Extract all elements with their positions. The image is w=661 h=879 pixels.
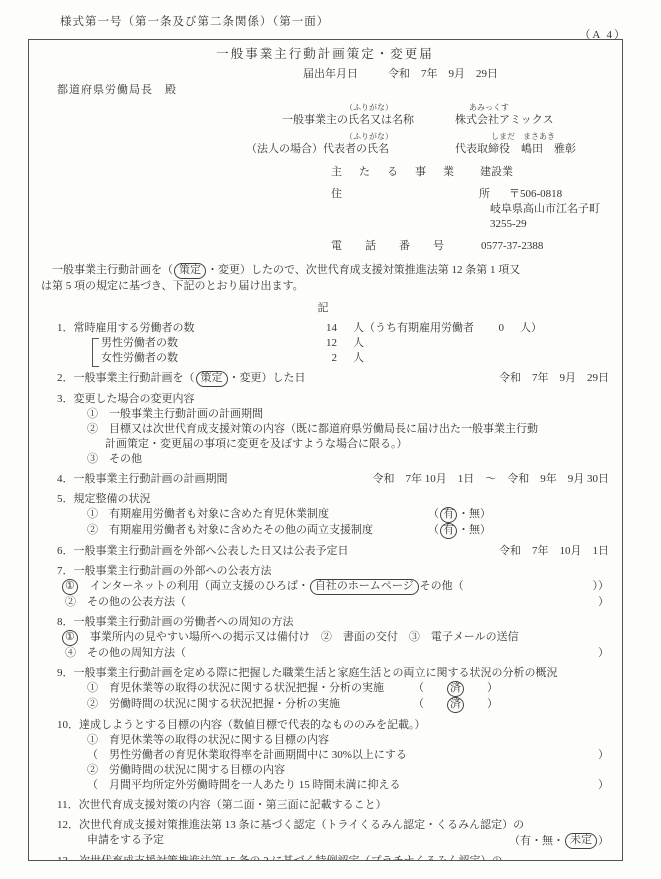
submission-date-row: 届出年月日 令和 7年 9月 29日 [41,65,609,81]
item-2-label-pre: 2．一般事業主行動計画を（ [57,371,195,387]
item-3-label: 3．変更した場合の変更内容 [41,392,609,407]
item-7-label: 7．一般事業主行動計画の外部への公表方法 [41,564,609,579]
representative-name-value: 代表取締役 嶋田 雅彰 [455,142,576,157]
phone-label: 電 話 番 号 [331,239,481,254]
item-6-publication-date: 6．一般事業主行動計画を外部へ公表した日又は公表予定日 令和 7年 10月 1日 [41,544,609,559]
circled-answer-ari: 有 [440,523,457,539]
representative-name-row: （法人の場合）代表者の氏名 代表取締役 嶋田 雅彰 [41,142,609,157]
item-8-sub4: ④ その他の周知方法（ ） [41,646,609,661]
circled-choice-sakutei: 策定 [196,371,228,387]
item-7-sub1: ① インターネットの利用（両立支援のひろば・自社のホームページその他（ ）） [41,579,609,595]
item-8-sub4-close-paren: ） [598,646,609,661]
item-11-measures: 11．次世代育成支援対策の内容（第二面・第三面に記載すること） [41,798,609,813]
goal-2-text: （ 月間平均所定外労働時間を一人あたり 15 時間未満に抑える [87,778,401,793]
answer-open: （ [413,681,446,697]
circled-answer-company-homepage: 自社のホームページ [310,579,419,595]
employer-name-label: 一般事業主の氏名又は名称 [282,113,455,128]
item-3-sub2-line1: ② 目標又は次世代育成支援対策の内容（既に都道府県労働局長に届け出た一般事業主行… [41,422,609,437]
circled-answer-mitei: 未定 [565,833,597,849]
item-12-line1: 12．次世代育成支援対策推進法第 13 条に基づく認定（トライくるみん認定・くる… [41,818,609,833]
item-9-sub2: ② 労働時間の状況に関する状況把握・分析の実施 （ 済 ） [41,697,609,713]
item-8-sub4-text: ④ その他の周知方法（ [65,646,186,661]
item-12-kurumin-certification: 12．次世代育成支援対策推進法第 13 条に基づく認定（トライくるみん認定・くる… [41,818,609,849]
item-2-date-value: 令和 7年 9月 29日 [499,371,609,387]
item-1-male-row: 男性労働者の数 12 人 [41,336,609,351]
answer-open: （ [413,697,446,713]
circled-answer-sumi: 済 [447,697,464,713]
circled-number-1: ① [62,579,78,595]
item-2-plan-date: 2．一般事業主行動計画を（策定・変更）した日 令和 7年 9月 29日 [41,371,609,387]
answer-open: （有・無・ [509,834,564,849]
representative-furigana: しまだ まさあき [491,132,555,142]
item-7-sub1-text: インターネットの利用（両立支援のひろば・ [79,579,309,595]
female-workers-unit: 人 [353,351,364,366]
item-10-sub2: ② 労働時間の状況に関する目標の内容 [41,763,609,778]
preamble-text: ・変更）したので、次世代育成支援対策推進法第 12 条第 1 項又 [207,264,520,276]
circled-answer-sumi: 済 [447,681,464,697]
form-title: 一般事業主行動計画策定・変更届 [41,46,609,63]
item-5-label: 5．規定整備の状況 [41,492,609,507]
addressee: 都道府県労働局長 殿 [41,83,609,98]
furigana-label: （ふりがな） [345,103,393,113]
address-row: 住 所 〒506-0818 [41,187,609,202]
item-1-label: 1．常時雇用する労働者の数 [57,321,307,336]
preamble-text: 一般事業主行動計画を（ [41,264,173,276]
item-12-line2: 申請をする予定 （有・無・未定） [41,833,609,849]
circled-choice-sakutei: 策定 [174,263,206,279]
item-7-sub2-close-paren: ） [598,595,609,610]
record-mark: 記 [41,301,609,316]
grouping-bracket [92,338,99,367]
goal-1-text: （ 男性労働者の育児休業取得率を計画期間中に 30%以上にする [87,748,407,763]
submission-date-label: 届出年月日 [303,65,358,81]
phone-value: 0577-37-2388 [481,239,543,254]
form-style-number: 様式第一号（第一条及び第二条関係）（第一面） [60,13,329,29]
phone-row: 電 話 番 号 0577-37-2388 [41,239,609,254]
item-9-sub1: ① 育児休業等の取得の状況に関する状況把握・分析の実施 （ 済 ） [41,681,609,697]
item-3-sub3: ③ その他 [41,452,609,467]
main-business-row: 主 た る 事 業 建設業 [41,165,609,180]
item-7-sub1-text2: その他（ [420,579,464,595]
submission-date-value: 令和 7年 9月 29日 [388,65,498,81]
male-workers-unit: 人 [353,336,364,351]
circled-answer-ari: 有 [440,507,457,523]
item-6-label: 6．一般事業主行動計画を外部へ公表した日又は公表予定日 [57,544,349,559]
item-9-label: 9．一般事業主行動計画を定める際に把握した職業生活と家庭生活との両立に関する状況… [41,666,609,681]
item-5-sub1: ① 有期雇用労働者も対象に含めた育児休業制度 （有・無） [41,507,609,523]
item-4-plan-period: 4．一般事業主行動計画の計画期間 令和 7年 10月 1日 ～ 令和 9年 9月… [41,472,609,487]
employer-furigana: あみっくす [469,103,509,113]
male-workers-label: 男性労働者の数 [101,336,307,351]
answer-close: ・無） [458,507,491,523]
total-workers-unit: 人（うち有期雇用労働者 [353,321,474,336]
item-6-date-value: 令和 7年 10月 1日 [499,544,609,559]
representative-furigana-row: （ふりがな） しまだ まさあき [41,132,609,142]
answer-open: （ [428,523,439,539]
preamble-line1: 一般事業主行動計画を（策定・変更）したので、次世代育成支援対策推進法第 12 条… [41,263,609,279]
item-3-change-contents: 3．変更した場合の変更内容 ① 一般事業主行動計画の計画期間 ② 目標又は次世代… [41,392,609,467]
female-workers-label: 女性労働者の数 [101,351,307,366]
answer-close: ） [465,681,498,697]
main-business-label: 主 た る 事 業 [331,165,480,180]
address-label-right: 所 [479,187,490,202]
answer-close: ） [598,834,609,849]
item-8-label: 8．一般事業主行動計画の労働者への周知の方法 [41,615,609,630]
item-9-sub2-label: ② 労働時間の状況に関する状況把握・分析の実施 [87,697,413,713]
preamble-paragraph: 一般事業主行動計画を（策定・変更）したので、次世代育成支援対策推進法第 12 条… [41,263,609,294]
item-1-female-row: 女性労働者の数 2 人 [41,351,609,366]
form-border-box: 一般事業主行動計画策定・変更届 届出年月日 令和 7年 9月 29日 都道府県労… [28,39,623,861]
representative-name-label: （法人の場合）代表者の氏名 [246,142,455,157]
item-10-label: 10．達成しようとする目標の内容（数値目標で代表的なもののみを記載。） [41,718,609,733]
answer-open: （ [428,507,439,523]
address-label: 住 所 [331,187,490,202]
answer-close: ） [465,697,498,713]
furigana-label: （ふりがな） [345,132,393,142]
preamble-line2: は第 5 項の規定に基づき、下記のとおり届け出ます。 [41,279,609,294]
employer-name-row: 一般事業主の氏名又は名称 株式会社アミックス [41,113,609,128]
item-5-regulations: 5．規定整備の状況 ① 有期雇用労働者も対象に含めた育児休業制度 （有・無） ②… [41,492,609,539]
item-7-publication-method: 7．一般事業主行動計画の外部への公表方法 ① インターネットの利用（両立支援のひ… [41,564,609,610]
item-3-sub2-line2: 計画策定・変更届の事項に変更を及ぼすような場合に限る。） [41,437,609,452]
item-1-total-row: 1．常時雇用する労働者の数 14 人（うち有期雇用労働者 0 人） [41,321,609,336]
item-5-sub2: ② 有期雇用労働者も対象に含めたその他の両立支援制度 （有・無） [41,523,609,539]
address-label-left: 住 [331,187,342,202]
item-10-sub2-value: （ 月間平均所定外労働時間を一人あたり 15 時間未満に抑える ） [41,778,609,793]
employer-name-value: 株式会社アミックス [455,113,554,128]
item-5-sub1-label: ① 有期雇用労働者も対象に含めた育児休業制度 [87,507,428,523]
main-business-value: 建設業 [480,165,513,180]
total-workers-value: 14 [307,321,337,336]
item-2-label-post: ・変更）した日 [229,371,306,387]
item-7-sub1-close-paren: ）） [593,579,610,595]
address-line2: 岐阜県高山市江名子町 3255-29 [41,202,609,232]
item-8-notification-method: 8．一般事業主行動計画の労働者への周知の方法 ① 事業所内の見やすい場所への掲示… [41,615,609,661]
goal-1-close-paren: ） [598,748,609,763]
item-4-period-value: 令和 7年 10月 1日 ～ 令和 9年 9月 30日 [373,472,610,487]
item-9-analysis-overview: 9．一般事業主行動計画を定める際に把握した職業生活と家庭生活との両立に関する状況… [41,666,609,713]
item-8-sub1: ① 事業所内の見やすい場所への掲示又は備付け ② 書面の交付 ③ 電子メールの送… [41,630,609,646]
scanned-form-page: 様式第一号（第一条及び第二条関係）（第一面） （A 4） 一般事業主行動計画策定… [0,0,661,879]
item-12-answer: （有・無・未定） [509,833,609,849]
item-9-sub1-label: ① 育児休業等の取得の状況に関する状況把握・分析の実施 [87,681,413,697]
goal-2-close-paren: ） [598,778,609,793]
item-7-sub2: ② その他の公表方法（ ） [41,595,609,610]
item-4-label: 4．一般事業主行動計画の計画期間 [57,472,228,487]
item-7-sub2-text: ② その他の公表方法（ [65,595,186,610]
item-13-line1: 13．次世代育成支援対策推進法第 15 条の 2 に基づく特例認定（プラチナくる… [41,854,609,861]
answer-close: ・無） [458,523,491,539]
item-10-goals: 10．達成しようとする目標の内容（数値目標で代表的なもののみを記載。） ① 育児… [41,718,609,793]
item-10-sub1-value: （ 男性労働者の育児休業取得率を計画期間中に 30%以上にする ） [41,748,609,763]
female-workers-value: 2 [307,351,337,366]
postal-code: 〒506-0818 [509,187,562,202]
fixed-term-workers-unit: 人） [520,321,542,336]
employer-furigana-row: （ふりがな） あみっくす [41,103,609,113]
item-8-sub1-text: 事業所内の見やすい場所への掲示又は備付け ② 書面の交付 ③ 電子メールの送信 [79,630,519,646]
circled-number-1: ① [62,630,78,646]
item-1-workers-count: 1．常時雇用する労働者の数 14 人（うち有期雇用労働者 0 人） 男性労働者の… [41,321,609,366]
item-13-platinum-kurumin-certification: 13．次世代育成支援対策推進法第 15 条の 2 に基づく特例認定（プラチナくる… [41,854,609,861]
item-12-apply-label: 申請をする予定 [87,833,164,849]
item-5-sub2-label: ② 有期雇用労働者も対象に含めたその他の両立支援制度 [87,523,428,539]
item-10-sub1: ① 育児休業等の取得の状況に関する目標の内容 [41,733,609,748]
item-3-sub1: ① 一般事業主行動計画の計画期間 [41,407,609,422]
fixed-term-workers-value: 0 [474,321,504,336]
male-workers-value: 12 [307,336,337,351]
